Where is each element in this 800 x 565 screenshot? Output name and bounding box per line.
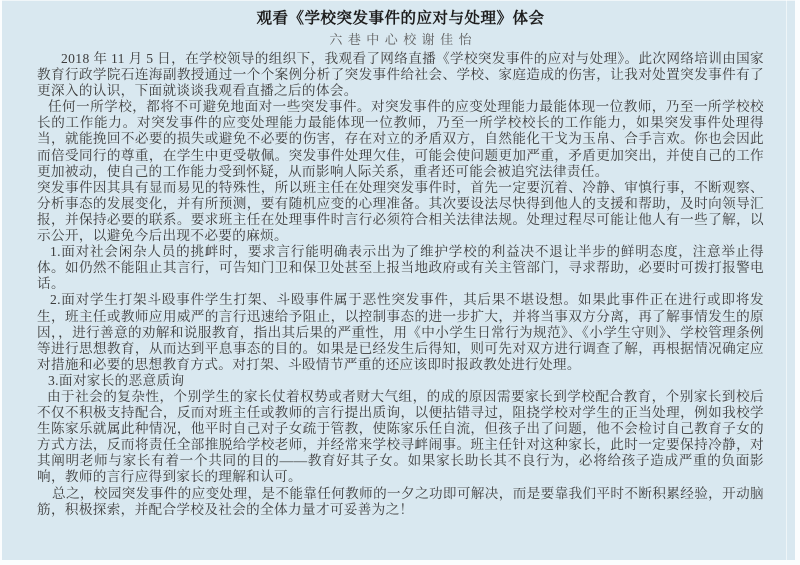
paragraph-item-2-fighting: 2.面对学生打架斗殴事件学生打架、斗殴事件属于恶性突发事件，其后果不堪设想。如果… (37, 292, 764, 372)
paragraph-item-1-provocation: 1.面对社会闲杂人员的挑衅时，要求言行能明确表示出为了维护学校的利益决不退让半步… (37, 244, 764, 292)
document-page: 观看《学校突发事件的应对与处理》体会 六巷中心校谢佳怡 2018 年 11 月 … (2, 0, 795, 560)
paragraph-handling-principles: 突发事件因其具有显而易见的特殊性，所以班主任在处理突发事件时，首先一定要沉着、冷… (37, 180, 764, 244)
document-body: 2018 年 11 月 5 日，在学校领导的组织下，我观看了网络直播《学校突发事… (37, 51, 764, 518)
paragraph-item-3-heading: 3.面对家长的恶意质询 (37, 373, 764, 389)
paragraph-parents: 由于社会的复杂性，个别学生的家长仗着权势或者财大气组，的成的原因需要家长到学校配… (37, 389, 764, 486)
page-top-edge (2, 0, 795, 1)
document-author: 六巷中心校谢佳怡 (37, 29, 764, 48)
page-right-edge (786, 0, 787, 560)
paragraph-conclusion: 总之，校园突发事件的应变处理，是不能靠任何教师的一夕之功即可解决，而是要靠我们平… (37, 486, 764, 518)
document-title: 观看《学校突发事件的应对与处理》体会 (37, 6, 764, 28)
paragraph-intro: 2018 年 11 月 5 日，在学校领导的组织下，我观看了网络直播《学校突发事… (37, 51, 764, 99)
paragraph-school-ability: 任何一所学校，都将不可避免地面对一些突发事件。对突发事件的应变处理能力最能体现一… (37, 99, 764, 179)
document-content: 观看《学校突发事件的应对与处理》体会 六巷中心校谢佳怡 2018 年 11 月 … (37, 6, 764, 518)
